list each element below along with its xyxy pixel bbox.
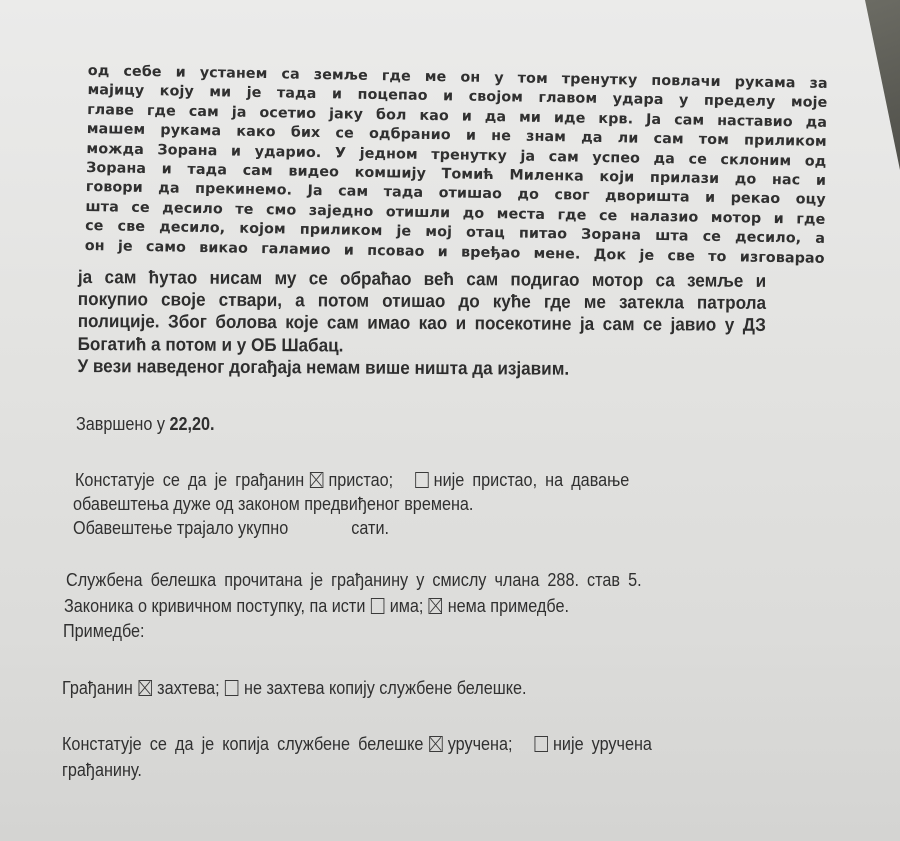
duration-unit: сати. (351, 518, 389, 538)
copy-request-line: Грађанинзахтева;не захтева копију службе… (62, 678, 527, 699)
duration-label: Обавештење трајало укупно (73, 518, 288, 538)
copy-delivery-prefix: Констатује се да је копија службене беле… (62, 734, 423, 754)
statement-line: полиције. Због болова које сам имао као … (78, 310, 766, 336)
consent-prefix: Констатује се да је грађанин (75, 470, 304, 490)
statement-closing: У вези наведеног догађаја немам више ниш… (77, 355, 765, 381)
completed-line: Завршено у 22,20. (76, 414, 215, 435)
completed-label: Завршено у (76, 414, 165, 434)
reading-line-1: Службена белешка прочитана је грађанину … (66, 570, 642, 591)
copy-delivery-line-2: грађанину. (62, 760, 142, 781)
reading-line-2: Законика о кривичном поступку, па истиим… (64, 596, 569, 617)
copy-delivery-line-1: Констатује се да је копија службене беле… (62, 734, 652, 755)
statement-paragraph: од себе и устанем са земље где ме он у т… (85, 62, 828, 269)
checkbox-agreed[interactable] (310, 472, 324, 488)
checkbox-delivered[interactable] (429, 736, 443, 752)
checkbox-no-remarks[interactable] (429, 598, 443, 614)
consent-not-agreed-label: није пристао, на давање (434, 470, 630, 490)
not-requests-copy-label: не захтева копију службене белешке. (244, 678, 527, 698)
requests-copy-label: захтева; (157, 678, 220, 698)
consent-line-2: обавештења дуже од законом предвиђеног в… (73, 494, 473, 515)
consent-agreed-label: пристао; (328, 470, 393, 490)
checkbox-not-delivered[interactable] (534, 736, 548, 752)
copy-request-prefix: Грађанин (62, 678, 133, 698)
completed-time: 22,20. (169, 414, 214, 434)
remarks-label: Примедбе: (63, 621, 145, 642)
background-corner (820, 0, 900, 170)
not-delivered-label: није уручена (553, 734, 652, 754)
checkbox-not-requests-copy[interactable] (225, 680, 238, 696)
reading-prefix: Законика о кривичном поступку, па исти (64, 596, 365, 616)
has-remarks-label: има; (390, 596, 424, 616)
statement-paragraph-lower: ја сам ћутао нисам му се обраћао већ сам… (77, 266, 766, 381)
duration-line: Обавештење трајало укупносати. (73, 518, 389, 539)
document-page: од себе и устанем са земље где ме он у т… (0, 0, 900, 841)
checkbox-has-remarks[interactable] (371, 598, 385, 614)
no-remarks-label: нема примедбе. (448, 596, 569, 616)
delivered-label: уручена; (448, 734, 513, 754)
checkbox-requests-copy[interactable] (138, 680, 152, 696)
checkbox-not-agreed[interactable] (415, 472, 429, 488)
consent-line-1: Констатује се да је грађанинпристао;није… (75, 470, 629, 491)
